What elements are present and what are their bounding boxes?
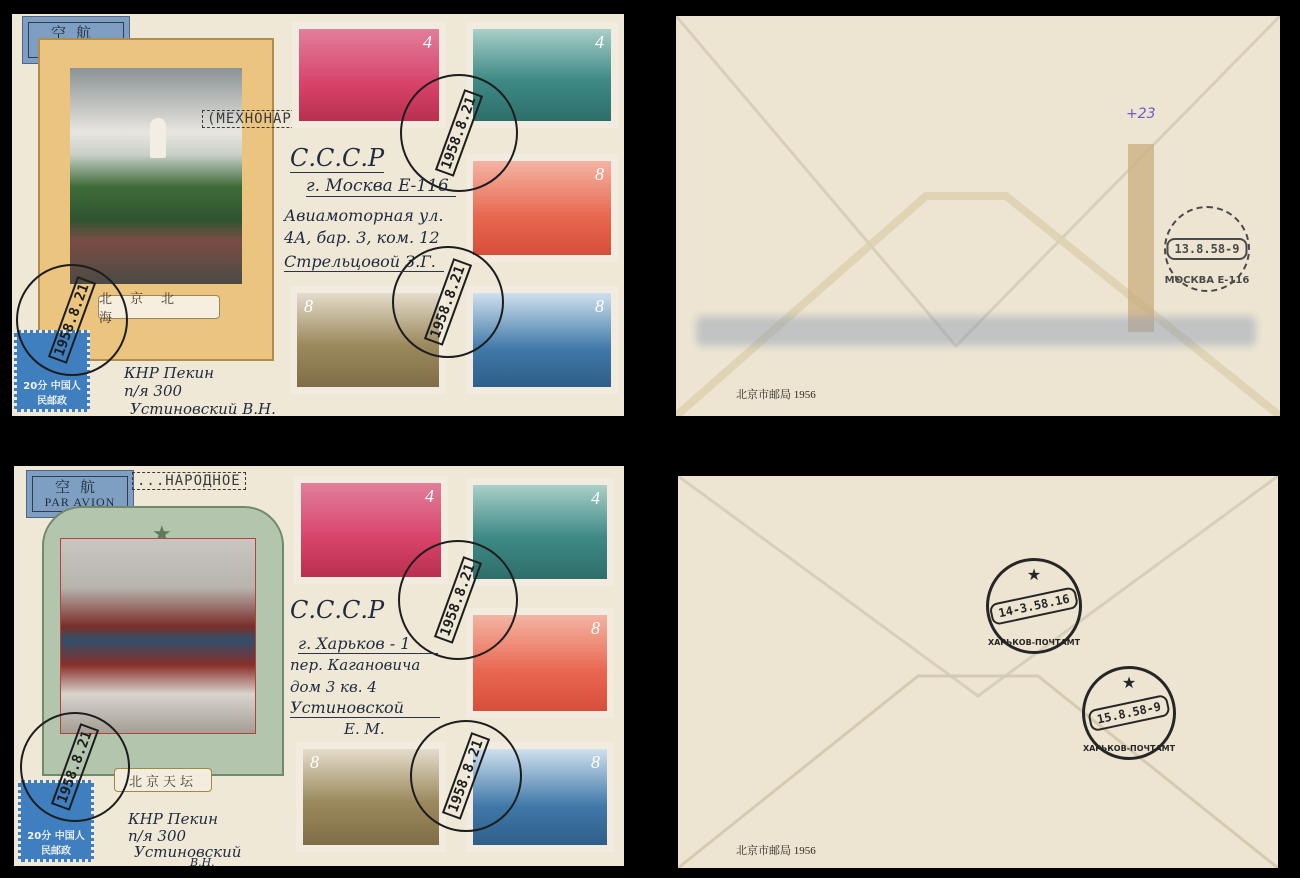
airmail-chinese: 空航 (55, 479, 105, 495)
cover-1-front: 空航 PAR AVION 北京北海 (MEXHOHAPLOAH) 4 4 8 8… (12, 14, 624, 416)
address-line-2: г. Москва Е-116 (306, 176, 456, 197)
sender-line-2: п/я 300 (124, 382, 182, 400)
slogan-cancel: ...НАРОДНОЕ (132, 472, 246, 490)
sender-line-4: В.Н. (190, 856, 215, 869)
postmark: 1958.8.21 (410, 720, 522, 832)
receiving-postmark: ★ 14-3.58.16 ХАРЬКОВ-ПОЧТАМТ (986, 558, 1082, 654)
sender-line-3: Устиновский В.Н. (130, 400, 276, 418)
beihai-white-pagoda-picture (70, 68, 242, 284)
printer-imprint: 北京市邮局 1956 (736, 842, 816, 858)
ink-offset (696, 316, 1256, 346)
address-line-4: дом 3 кв. 4 (290, 678, 377, 696)
postmark: 1958.8.21 (16, 264, 128, 376)
address-line-3: пер. Кагановича (290, 656, 420, 674)
postmark: 1958.8.21 (400, 74, 518, 192)
printer-imprint: 北京市邮局 1956 (736, 386, 816, 402)
address-line-1: С.С.С.Р (290, 596, 384, 624)
sender-line-1: КНР Пекин (128, 810, 218, 828)
pencil-note: +23 (1126, 106, 1156, 122)
address-line-4: 4А, бар. 3, ком. 12 (284, 228, 440, 247)
pagoda-icon (150, 118, 166, 158)
address-line-3: Авиамоторная ул. (284, 206, 444, 225)
temple-of-heaven-picture (60, 538, 256, 734)
address-line-5: Стрельцовой З.Г. (284, 252, 444, 272)
receiving-postmark: 13.8.58-9 МОСКВА Е-116 (1164, 206, 1250, 292)
postmark: 1958.8.21 (20, 712, 130, 822)
sender-line-3: Устиновский (134, 843, 241, 861)
sender-line-1: КНР Пекин (124, 364, 214, 382)
address-line-1: С.С.С.Р (290, 144, 384, 173)
star-icon: ★ (1027, 565, 1041, 584)
cover-2-back: ★ 14-3.58.16 ХАРЬКОВ-ПОЧТАМТ ★ 15.8.58-9… (678, 476, 1278, 868)
address-line-2: г. Харьков - 1 (298, 634, 438, 654)
receiving-postmark: ★ 15.8.58-9 ХАРЬКОВ-ПОЧТАМТ (1082, 666, 1176, 760)
star-icon: ★ (1122, 673, 1136, 692)
address-line-5: Устиновской (290, 698, 440, 718)
cover-1-back: +23 13.8.58-9 МОСКВА Е-116 北京市邮局 1956 (676, 16, 1280, 416)
cover-2-front: 空航 PAR AVION ...НАРОДНОЕ ★ 北京天坛 4 4 8 8 … (14, 466, 624, 866)
address-line-6: Е. М. (344, 720, 385, 738)
tape-strip (1128, 144, 1154, 332)
envelope-flap-lines (678, 476, 1278, 868)
